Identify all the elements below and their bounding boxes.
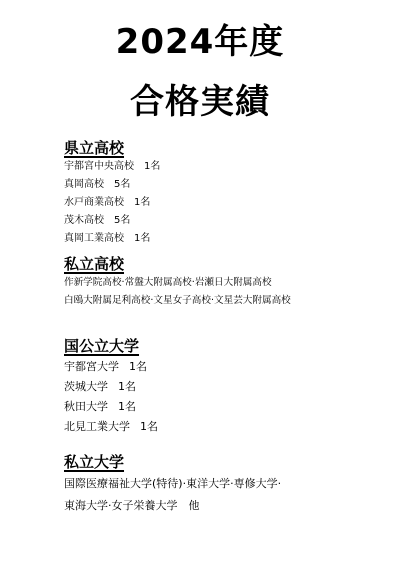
pass-count: 1名 [134,233,150,244]
pass-count: 5名 [114,215,130,226]
university-name: 秋田大学 [64,400,108,413]
list-item: 真岡工業高校1名 [64,230,160,248]
page-title-main: 合格実績 [0,82,400,122]
pass-count: 1名 [144,161,160,172]
school-name: 水戸商業高校 [64,197,124,208]
list-line: 作新学院高校·常盤大附属高校·岩瀬日大附属高校 [64,274,291,292]
prefectural-high-school-list: 宇都宮中央高校1名 真岡高校5名 水戸商業高校1名 茂木高校5名 真岡工業高校1… [64,158,160,248]
list-line: 白鴎大附属足利高校·文星女子高校·文星芸大附属高校 [64,292,291,310]
national-public-university-list: 宇都宮大学1名 茨城大学1名 秋田大学1名 北見工業大学1名 [64,357,158,437]
list-item: 水戸商業高校1名 [64,194,160,212]
pass-count: 1名 [118,400,136,413]
school-name: 茂木高校 [64,215,104,226]
list-item: 秋田大学1名 [64,397,158,417]
pass-count: 1名 [140,420,158,433]
university-name: 北見工業大学 [64,420,130,433]
university-name: 茨城大学 [64,380,108,393]
school-name: 宇都宮中央高校 [64,161,134,172]
section-heading-private-universities: 私立大学 [64,453,124,471]
pass-count: 1名 [134,197,150,208]
private-university-list: 国際医療福祉大学(特待)·東洋大学·専修大学· 東海大学·女子栄養大学 他 [64,473,281,517]
list-item: 茨城大学1名 [64,377,158,397]
page-title-year: 2024年度 [0,22,400,62]
section-heading-national-public-universities: 国公立大学 [64,337,139,355]
pass-count: 1名 [118,380,136,393]
private-high-school-list: 作新学院高校·常盤大附属高校·岩瀬日大附属高校 白鴎大附属足利高校·文星女子高校… [64,274,291,310]
list-item: 真岡高校5名 [64,176,160,194]
section-heading-prefectural-high-schools: 県立高校 [64,139,124,157]
school-name: 真岡工業高校 [64,233,124,244]
list-item: 宇都宮大学1名 [64,357,158,377]
list-item: 宇都宮中央高校1名 [64,158,160,176]
list-line: 東海大学·女子栄養大学 他 [64,495,281,517]
list-item: 茂木高校5名 [64,212,160,230]
university-name: 宇都宮大学 [64,360,119,373]
pass-count: 1名 [129,360,147,373]
list-item: 北見工業大学1名 [64,417,158,437]
list-line: 国際医療福祉大学(特待)·東洋大学·専修大学· [64,473,281,495]
section-heading-private-high-schools: 私立高校 [64,255,124,273]
pass-count: 5名 [114,179,130,190]
school-name: 真岡高校 [64,179,104,190]
